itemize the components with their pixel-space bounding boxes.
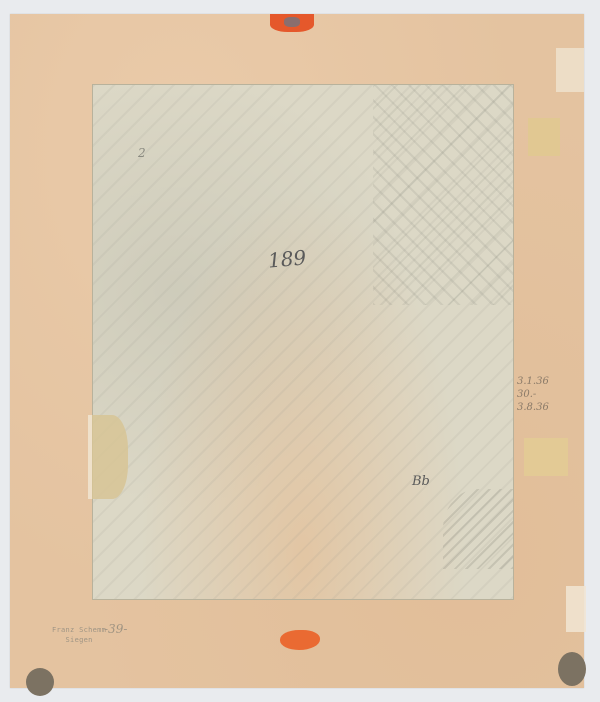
- margin-note: 30.-: [517, 388, 549, 401]
- dealer-stamp: Franz Schemm Siegen: [52, 625, 106, 645]
- stamp-city: Siegen: [52, 635, 106, 645]
- paper-tab-top-right: [556, 48, 584, 92]
- show-through-hatching: [373, 85, 513, 305]
- stamp-name: Franz Schemm: [52, 625, 106, 635]
- hinge-tab-right-lower: [524, 438, 568, 476]
- paper-tab-bottom-right: [566, 586, 586, 632]
- adhesive-residue-bottom-left: [26, 668, 54, 696]
- pencil-mark-upper-left: 2: [138, 146, 146, 160]
- pencil-inventory-number: 189: [267, 245, 307, 272]
- hinge-tab-right-upper: [528, 118, 560, 156]
- hinge-tab-left: [88, 415, 128, 499]
- show-through-hatching-lower: [443, 489, 513, 569]
- stamp-number: -39-: [104, 622, 127, 636]
- margin-note: 3.1.36: [517, 375, 549, 388]
- margin-notes: 3.1.36 30.- 3.8.36: [517, 375, 549, 414]
- margin-note: 3.8.36: [517, 401, 549, 414]
- wax-seal-top: [270, 14, 314, 32]
- pencil-mark-lower-right: Bb: [412, 474, 430, 489]
- print-verso: [92, 84, 514, 600]
- adhesive-residue-bottom-right: [558, 652, 586, 686]
